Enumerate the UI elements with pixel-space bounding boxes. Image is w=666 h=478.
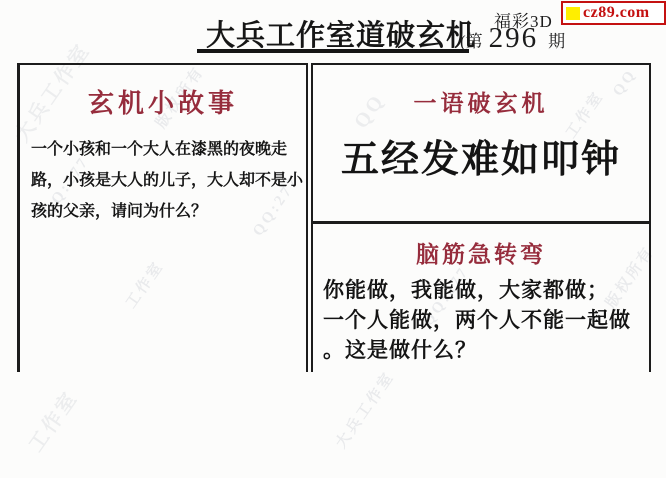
brain-teaser-box: 脑筋急转弯 你能做，我能做，大家都做； 一个人能做，两个人不能一起做 。这是做什… (311, 224, 651, 372)
story-line: 孩的父亲，请问为什么？ (31, 196, 298, 227)
issue-number-line: (第 296 期 (460, 22, 565, 55)
riddle-line: 。这是做什么？ (323, 335, 643, 365)
riddle-box-body: 你能做，我能做，大家都做； 一个人能做，两个人不能一起做 。这是做什么？ (313, 275, 649, 365)
logo-yellow-square-icon (566, 7, 580, 20)
site-logo: cz89.com (561, 1, 666, 25)
riddle-line: 一个人能做，两个人不能一起做 (323, 305, 643, 335)
hint-phrase-text: 五经发难如叩钟 (313, 128, 649, 183)
scanned-lottery-sheet: 大兵工作室 QQ:277 版权所有 工作室 QQ:277 QQ 工作室 QQ:2… (0, 0, 666, 478)
story-line: 路，小孩是大人的儿子，大人却不是小 (31, 165, 298, 196)
riddle-line: 你能做，我能做，大家都做； (323, 275, 643, 305)
title-underline (197, 49, 469, 53)
watermark-text: 工作室 (20, 383, 83, 456)
issue-number: 296 (489, 22, 539, 55)
mystery-story-box: 玄机小故事 一个小孩和一个大人在漆黑的夜晚走 路，小孩是大人的儿子，大人却不是小… (17, 63, 308, 372)
page-title: 大兵工作室道破玄机 (206, 13, 476, 54)
riddle-box-title: 脑筋急转弯 (313, 236, 649, 269)
story-box-title: 玄机小故事 (20, 83, 306, 120)
site-logo-text: cz89.com (583, 4, 650, 22)
watermark-text: 大兵工作室 (330, 366, 399, 452)
story-line: 一个小孩和一个大人在漆黑的夜晚走 (31, 134, 298, 165)
issue-prefix: (第 (460, 27, 483, 52)
hint-box-title: 一语破玄机 (313, 85, 649, 118)
story-box-body: 一个小孩和一个大人在漆黑的夜晚走 路，小孩是大人的儿子，大人却不是小 孩的父亲，… (20, 134, 306, 227)
hint-phrase-box: 一语破玄机 五经发难如叩钟 (311, 63, 651, 224)
issue-suffix: 期 (548, 27, 565, 52)
